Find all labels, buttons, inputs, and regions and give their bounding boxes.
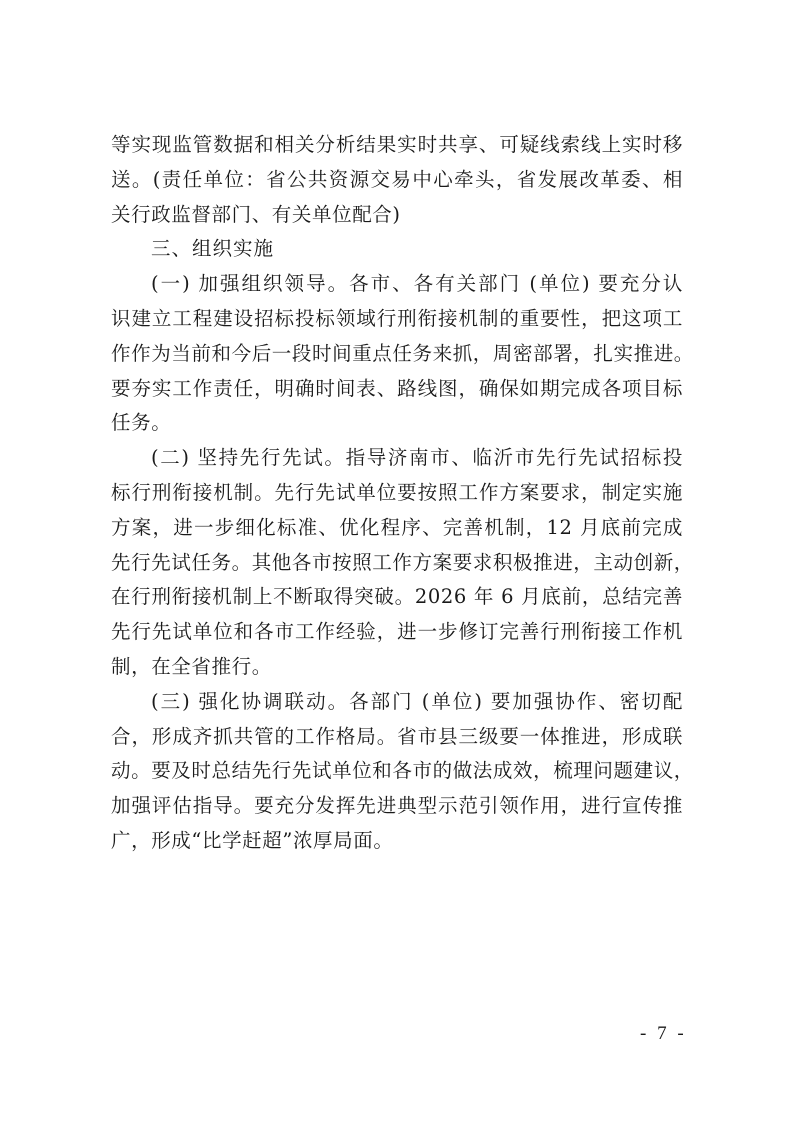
- text-line: 作作为当前和今后一段时间重点任务来抓，周密部署，扎实推进。: [111, 337, 683, 372]
- page-number: - 7 -: [640, 1023, 687, 1045]
- text-line: 标行刑衔接机制。先行先试单位要按照工作方案要求，制定实施: [111, 476, 683, 511]
- text-line: 任务。: [111, 406, 683, 441]
- text-line: 要夯实工作责任，明确时间表、路线图，确保如期完成各项目标: [111, 372, 683, 407]
- text-line: 先行先试单位和各市工作经验，进一步修订完善行刑衔接工作机: [111, 615, 683, 650]
- text-line: 方案，进一步细化标准、优化程序、完善机制，12 月底前完成: [111, 511, 683, 546]
- paragraph-coordination: (三) 强化协调联动。各部门 (单位) 要加强协作、密切配 合，形成齐抓共管的工…: [111, 685, 683, 859]
- text-line: 广，形成“比学赶超”浓厚局面。: [111, 824, 683, 859]
- text-line: 识建立工程建设招标投标领域行刑衔接机制的重要性，把这项工: [111, 302, 683, 337]
- text-line: (一) 加强组织领导。各市、各有关部门 (单位) 要充分认: [111, 267, 683, 302]
- text-line: 动。要及时总结先行先试单位和各市的做法成效，梳理问题建议，: [111, 754, 683, 789]
- paragraph-pilot-trial: (二) 坚持先行先试。指导济南市、临沂市先行先试招标投 标行刑衔接机制。先行先试…: [111, 441, 683, 685]
- paragraph-organization-leadership: (一) 加强组织领导。各市、各有关部门 (单位) 要充分认 识建立工程建设招标投…: [111, 267, 683, 441]
- text-line: 在行刑衔接机制上不断取得突破。2026 年 6 月底前，总结完善: [111, 580, 683, 615]
- text-line: 先行先试任务。其他各市按照工作方案要求积极推进，主动创新，: [111, 546, 683, 581]
- text-line: (三) 强化协调联动。各部门 (单位) 要加强协作、密切配: [111, 685, 683, 720]
- document-body: 等实现监管数据和相关分析结果实时共享、可疑线索线上实时移 送。(责任单位：省公共…: [111, 128, 683, 859]
- continuation-paragraph: 等实现监管数据和相关分析结果实时共享、可疑线索线上实时移 送。(责任单位：省公共…: [111, 128, 683, 232]
- text-line: 加强评估指导。要充分发挥先进典型示范引领作用，进行宣传推: [111, 789, 683, 824]
- text-line: 合，形成齐抓共管的工作格局。省市县三级要一体推进，形成联: [111, 720, 683, 755]
- text-line: 送。(责任单位：省公共资源交易中心牵头，省发展改革委、相: [111, 163, 683, 198]
- section-heading: 三、组织实施: [111, 232, 683, 267]
- text-line: (二) 坚持先行先试。指导济南市、临沂市先行先试招标投: [111, 441, 683, 476]
- text-line: 关行政监督部门、有关单位配合): [111, 198, 683, 233]
- text-line: 等实现监管数据和相关分析结果实时共享、可疑线索线上实时移: [111, 128, 683, 163]
- text-line: 制，在全省推行。: [111, 650, 683, 685]
